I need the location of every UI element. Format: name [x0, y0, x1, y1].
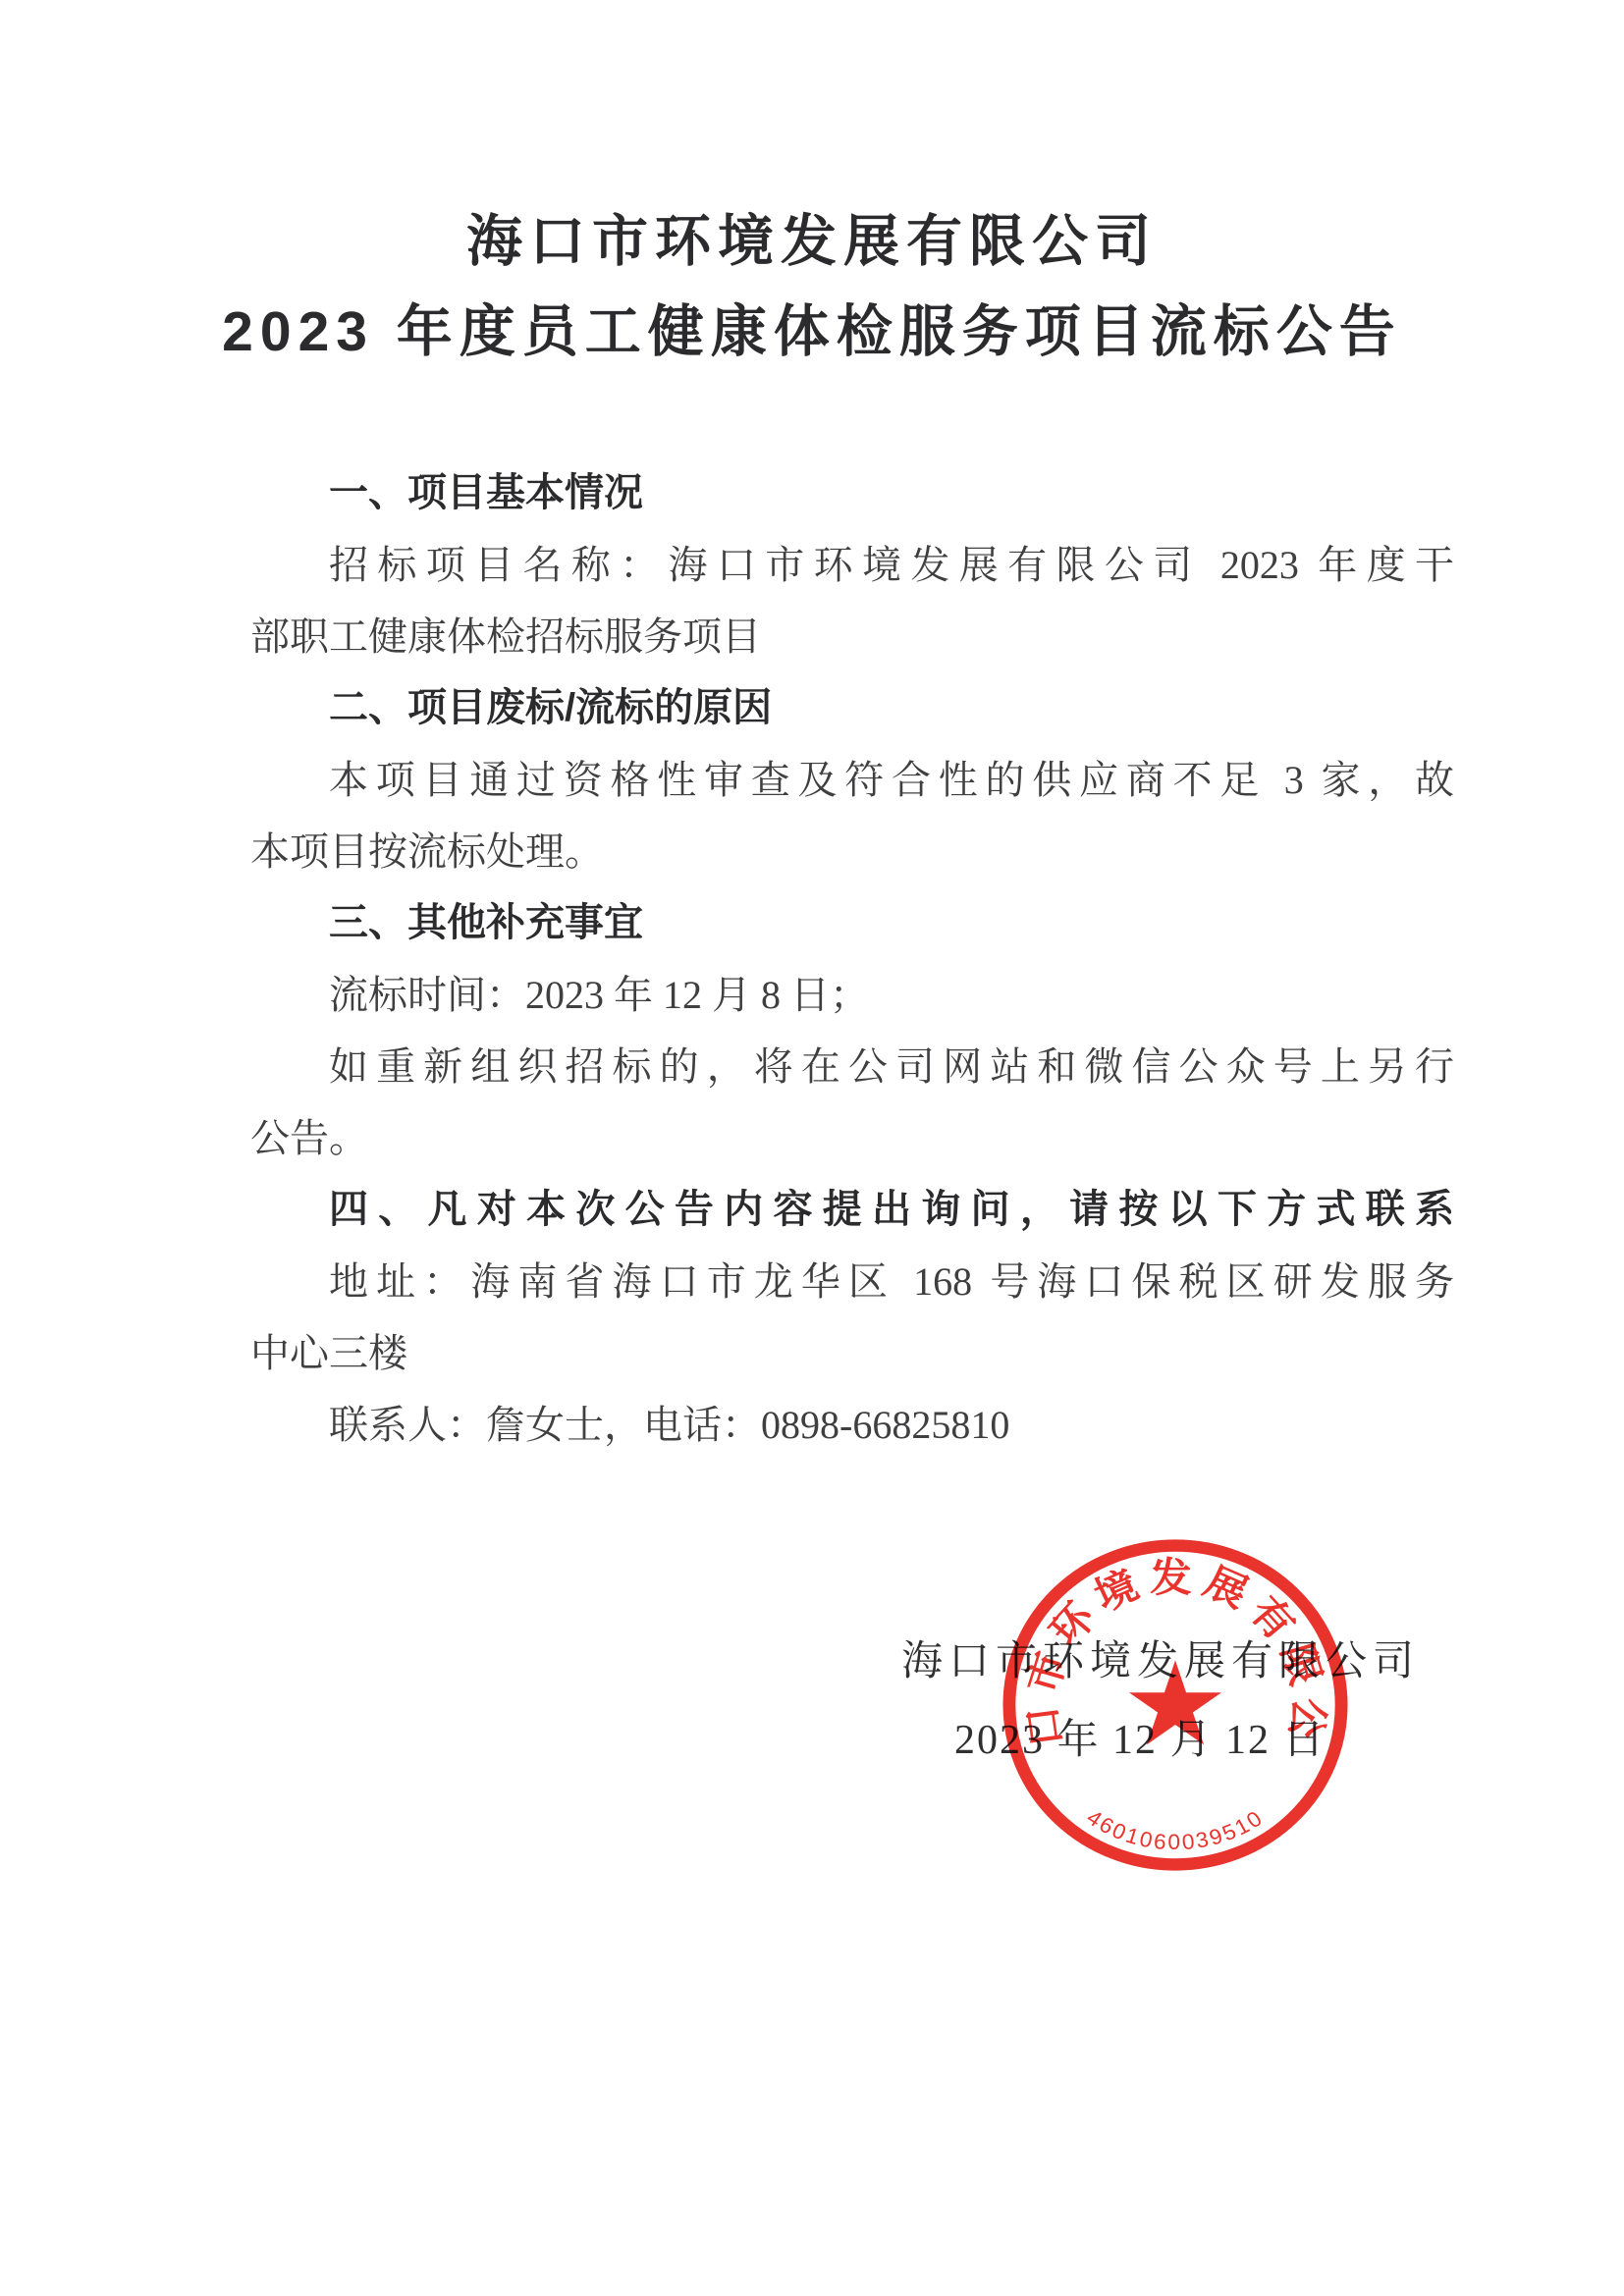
section-3-text-line-1: 流标时间：2023 年 12 月 8 日；: [250, 974, 1454, 1016]
doc-title-line-1: 海口市环境发展有限公司: [0, 211, 1624, 273]
section-1-text-line-2: 部职工健康体检招标服务项目: [250, 615, 1376, 658]
section-4-text-line-2: 中心三楼: [250, 1332, 1376, 1374]
doc-title-line-2: 2023 年度员工健康体检服务项目流标公告: [0, 301, 1624, 363]
document-page: 海口市环境发展有限公司 2023 年度员工健康体检服务项目流标公告 一、项目基本…: [0, 0, 1624, 2296]
company-seal-stamp: 海口市环境发展有限公司 4601060039510: [1001, 1537, 1350, 1873]
section-2-heading: 二、项目废标/流标的原因: [250, 687, 1454, 729]
section-1-text-line-1: 招标项目名称：海口市环境发展有限公司 2023 年度干: [250, 544, 1454, 586]
section-4-text-line-1: 地址：海南省海口市龙华区 168 号海口保税区研发服务: [250, 1260, 1454, 1303]
section-2-text-line-2: 本项目按流标处理。: [250, 830, 1376, 873]
section-4-text-line-3: 联系人：詹女士，电话：0898-66825810: [250, 1404, 1454, 1446]
section-3-heading: 三、其他补充事宜: [250, 902, 1454, 944]
section-1-heading: 一、项目基本情况: [250, 472, 1454, 514]
section-4-heading: 四、凡对本次公告内容提出询问，请按以下方式联系: [250, 1189, 1454, 1231]
section-3-text-line-2: 如重新组织招标的，将在公司网站和微信公众号上另行: [250, 1045, 1454, 1088]
stamp-star-icon: [1129, 1660, 1221, 1744]
section-3-text-line-3: 公告。: [250, 1117, 1376, 1159]
section-2-text-line-1: 本项目通过资格性审查及符合性的供应商不足 3 家，故: [250, 759, 1454, 801]
